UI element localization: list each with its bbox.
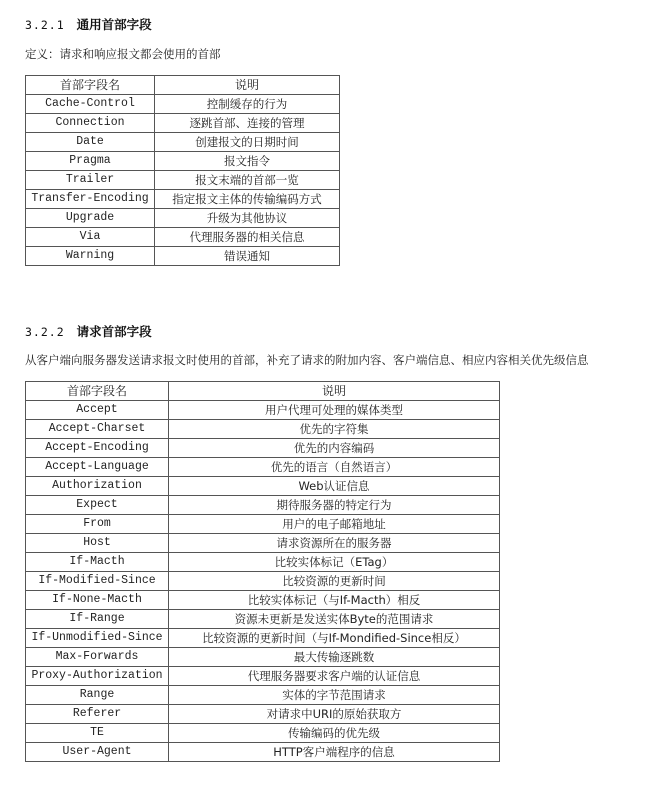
header-field-name: Cache-Control xyxy=(26,95,155,114)
header-field-description: 比较资源的更新时间（与If-Mondified-Since相反） xyxy=(169,629,500,648)
header-field-description: 优先的内容编码 xyxy=(169,439,500,458)
header-field-name: Via xyxy=(26,228,155,247)
header-field-description: 优先的字符集 xyxy=(169,420,500,439)
table-row: Warning错误通知 xyxy=(26,247,340,266)
header-field-description: 传输编码的优先级 xyxy=(169,724,500,743)
header-field-description: 报文指令 xyxy=(155,152,340,171)
header-field-name: Referer xyxy=(26,705,169,724)
table-row: Connection逐跳首部、连接的管理 xyxy=(26,114,340,133)
header-field-name: If-Modified-Since xyxy=(26,572,169,591)
table-row: Accept-Language优先的语言（自然语言） xyxy=(26,458,500,477)
table-row: Pragma报文指令 xyxy=(26,152,340,171)
header-field-description: 逐跳首部、连接的管理 xyxy=(155,114,340,133)
header-field-description: 控制缓存的行为 xyxy=(155,95,340,114)
table-row: Via代理服务器的相关信息 xyxy=(26,228,340,247)
section-heading-general-headers: 3.2.1通用首部字段 xyxy=(25,15,152,33)
table-row: If-Range资源未更新是发送实体Byte的范围请求 xyxy=(26,610,500,629)
header-field-description: 比较实体标记（与If-Macth）相反 xyxy=(169,591,500,610)
table-row: Accept-Encoding优先的内容编码 xyxy=(26,439,500,458)
header-field-name: If-Unmodified-Since xyxy=(26,629,169,648)
section-title: 通用首部字段 xyxy=(77,17,152,32)
header-field-name: TE xyxy=(26,724,169,743)
header-field-name: Trailer xyxy=(26,171,155,190)
header-field-name: If-Range xyxy=(26,610,169,629)
header-field-description: 实体的字节范围请求 xyxy=(169,686,500,705)
header-field-description: 指定报文主体的传输编码方式 xyxy=(155,190,340,209)
header-field-name: Host xyxy=(26,534,169,553)
table-body: 首部字段名 说明 Cache-Control控制缓存的行为Connection逐… xyxy=(26,76,340,266)
header-field-description: 升级为其他协议 xyxy=(155,209,340,228)
header-field-name: Accept-Charset xyxy=(26,420,169,439)
header-field-description: 创建报文的日期时间 xyxy=(155,133,340,152)
column-header-description: 说明 xyxy=(169,382,500,401)
header-field-name: Pragma xyxy=(26,152,155,171)
column-header-field-name: 首部字段名 xyxy=(26,76,155,95)
header-field-name: Accept-Language xyxy=(26,458,169,477)
table-row: Proxy-Authorization代理服务器要求客户端的认证信息 xyxy=(26,667,500,686)
table-body: 首部字段名 说明 Accept用户代理可处理的媒体类型Accept-Charse… xyxy=(26,382,500,762)
header-field-description: 用户代理可处理的媒体类型 xyxy=(169,401,500,420)
header-field-name: From xyxy=(26,515,169,534)
header-field-description: 比较资源的更新时间 xyxy=(169,572,500,591)
table-row: Host请求资源所在的服务器 xyxy=(26,534,500,553)
header-field-name: User-Agent xyxy=(26,743,169,762)
table-row: AuthorizationWeb认证信息 xyxy=(26,477,500,496)
table-row: Max-Forwards最大传输逐跳数 xyxy=(26,648,500,667)
table-row: TE传输编码的优先级 xyxy=(26,724,500,743)
table-row: User-AgentHTTP客户端程序的信息 xyxy=(26,743,500,762)
header-field-description: 最大传输逐跳数 xyxy=(169,648,500,667)
section-heading-request-headers: 3.2.2请求首部字段 xyxy=(25,322,152,340)
header-field-description: 对请求中URI的原始获取方 xyxy=(169,705,500,724)
header-field-name: Proxy-Authorization xyxy=(26,667,169,686)
column-header-description: 说明 xyxy=(155,76,340,95)
table-row: Date创建报文的日期时间 xyxy=(26,133,340,152)
header-field-name: Expect xyxy=(26,496,169,515)
header-field-name: If-None-Macth xyxy=(26,591,169,610)
table-row: Range实体的字节范围请求 xyxy=(26,686,500,705)
header-field-description: 期待服务器的特定行为 xyxy=(169,496,500,515)
section-title: 请求首部字段 xyxy=(77,324,152,339)
table-row: Cache-Control控制缓存的行为 xyxy=(26,95,340,114)
header-field-description: 报文末端的首部一览 xyxy=(155,171,340,190)
section-number: 3.2.1 xyxy=(25,18,65,32)
header-field-description: Web认证信息 xyxy=(169,477,500,496)
table-header-row: 首部字段名 说明 xyxy=(26,76,340,95)
table-row: Referer对请求中URI的原始获取方 xyxy=(26,705,500,724)
general-headers-table: 首部字段名 说明 Cache-Control控制缓存的行为Connection逐… xyxy=(25,75,340,266)
section-number: 3.2.2 xyxy=(25,325,65,339)
table-row: If-None-Macth比较实体标记（与If-Macth）相反 xyxy=(26,591,500,610)
table-row: If-Modified-Since比较资源的更新时间 xyxy=(26,572,500,591)
header-field-name: Transfer-Encoding xyxy=(26,190,155,209)
table-row: From用户的电子邮箱地址 xyxy=(26,515,500,534)
table-row: If-Unmodified-Since比较资源的更新时间（与If-Mondifi… xyxy=(26,629,500,648)
section-description: 定义：请求和响应报文都会使用的首部 xyxy=(25,46,221,62)
header-field-description: HTTP客户端程序的信息 xyxy=(169,743,500,762)
header-field-name: Date xyxy=(26,133,155,152)
header-field-name: Max-Forwards xyxy=(26,648,169,667)
table-header-row: 首部字段名 说明 xyxy=(26,382,500,401)
header-field-description: 错误通知 xyxy=(155,247,340,266)
header-field-name: Authorization xyxy=(26,477,169,496)
header-field-description: 请求资源所在的服务器 xyxy=(169,534,500,553)
header-field-description: 代理服务器的相关信息 xyxy=(155,228,340,247)
table-row: Trailer报文末端的首部一览 xyxy=(26,171,340,190)
header-field-name: Accept xyxy=(26,401,169,420)
table-row: If-Macth比较实体标记（ETag） xyxy=(26,553,500,572)
header-field-description: 优先的语言（自然语言） xyxy=(169,458,500,477)
header-field-name: Connection xyxy=(26,114,155,133)
header-field-name: Warning xyxy=(26,247,155,266)
table-row: Upgrade升级为其他协议 xyxy=(26,209,340,228)
table-row: Transfer-Encoding指定报文主体的传输编码方式 xyxy=(26,190,340,209)
header-field-description: 资源未更新是发送实体Byte的范围请求 xyxy=(169,610,500,629)
table-row: Expect期待服务器的特定行为 xyxy=(26,496,500,515)
section-description: 从客户端向服务器发送请求报文时使用的首部，补充了请求的附加内容、客户端信息、相应… xyxy=(25,352,589,368)
header-field-name: Range xyxy=(26,686,169,705)
header-field-name: Accept-Encoding xyxy=(26,439,169,458)
table-row: Accept-Charset优先的字符集 xyxy=(26,420,500,439)
header-field-description: 比较实体标记（ETag） xyxy=(169,553,500,572)
table-row: Accept用户代理可处理的媒体类型 xyxy=(26,401,500,420)
header-field-description: 代理服务器要求客户端的认证信息 xyxy=(169,667,500,686)
header-field-description: 用户的电子邮箱地址 xyxy=(169,515,500,534)
column-header-field-name: 首部字段名 xyxy=(26,382,169,401)
header-field-name: If-Macth xyxy=(26,553,169,572)
header-field-name: Upgrade xyxy=(26,209,155,228)
request-headers-table: 首部字段名 说明 Accept用户代理可处理的媒体类型Accept-Charse… xyxy=(25,381,500,762)
